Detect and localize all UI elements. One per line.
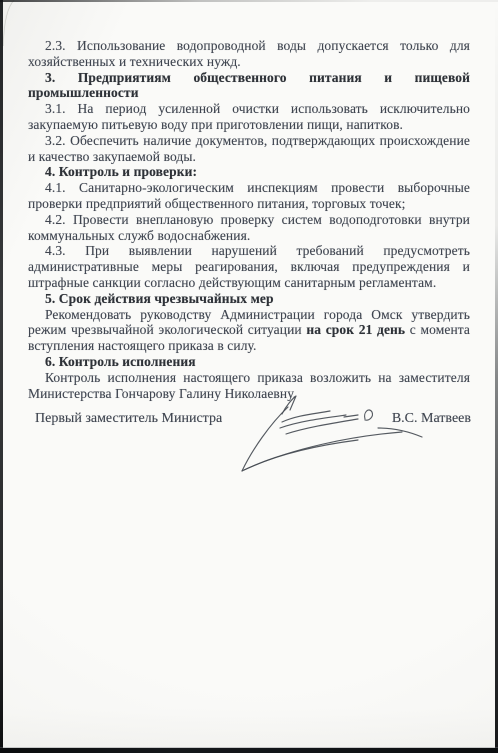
paragraph-4-1: 4.1. Санитарно-экологическим инспекциям … xyxy=(28,180,470,212)
heading-section-4: 4. Контроль и проверки: xyxy=(28,164,470,180)
scan-corner-artifact xyxy=(0,0,26,48)
paragraph-4-3: 4.3. При выявлении нарушений требований … xyxy=(28,243,470,290)
term-duration-bold: на срок 21 день xyxy=(306,322,405,337)
scanned-page: 2.3. Использование водопроводной воды до… xyxy=(0,0,498,753)
handwritten-signature-icon xyxy=(232,394,427,476)
signature-block: Первый заместитель Министра В.С. Матвеев xyxy=(35,411,471,427)
scan-edge-left xyxy=(0,0,3,753)
paragraph-3-1: 3.1. На период усиленной очистки использ… xyxy=(28,101,470,133)
scan-edge-bottom xyxy=(0,748,498,753)
scan-edge-top xyxy=(0,0,498,2)
heading-section-3: 3. Предприятиям общественного питания и … xyxy=(28,70,470,102)
paragraph-4-2: 4.2. Провести внеплановую проверку систе… xyxy=(28,212,470,244)
heading-section-5: 5. Срок действия чрезвычайных мер xyxy=(28,291,470,307)
paragraph-3-2: 3.2. Обеспечить наличие документов, подт… xyxy=(28,133,470,165)
paragraph-2-3: 2.3. Использование водопроводной воды до… xyxy=(28,38,470,70)
paragraph-section-5: Рекомендовать руководству Администрации … xyxy=(28,307,470,354)
document-body: 2.3. Использование водопроводной воды до… xyxy=(28,38,470,401)
signer-name: В.С. Матвеев xyxy=(392,411,471,427)
signature-position-title: Первый заместитель Министра xyxy=(35,411,222,427)
heading-section-6: 6. Контроль исполнения xyxy=(28,354,470,370)
